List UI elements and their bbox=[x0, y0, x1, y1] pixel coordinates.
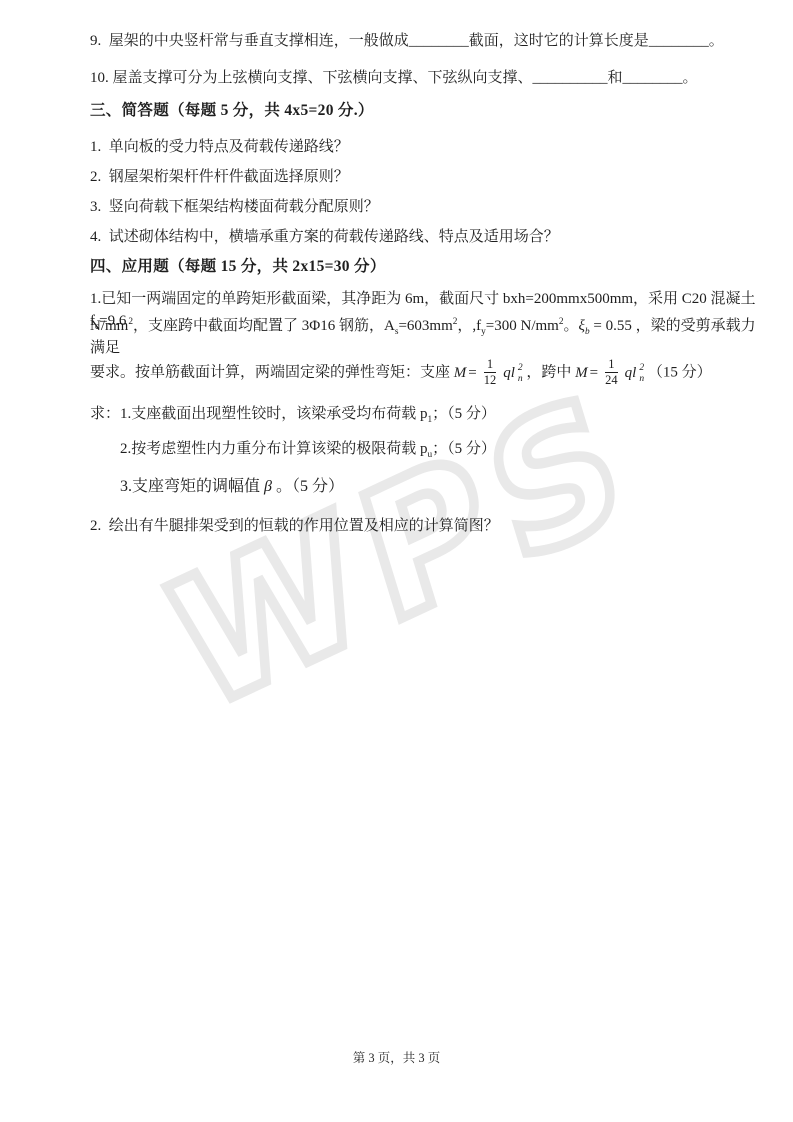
question-9: 9. 屋架的中央竖杆常与垂直支撑相连，一般做成________截面，这时它的计算… bbox=[90, 30, 762, 52]
applied-q1-formula-line: 要求。按单筋截面计算，两端固定梁的弹性弯矩：支座 M = 1 12 ql 2 n… bbox=[90, 350, 762, 394]
subscript-n: n bbox=[518, 374, 523, 385]
short-answer-item-1: 1. 单向板的受力特点及荷载传递路线？ bbox=[90, 136, 762, 158]
short-answer-item-3: 3. 竖向荷载下框架结构楼面荷载分配原则？ bbox=[90, 196, 762, 218]
fraction-1-12: 1 12 bbox=[481, 357, 500, 388]
document-page: WPS 9. 屋架的中央竖杆常与垂直支撑相连，一般做成________截面，这时… bbox=[0, 0, 793, 1122]
short-answer-item-4: 4. 试述砌体结构中，横墙承重方案的荷载传递路线、特点及适用场合？ bbox=[90, 226, 762, 248]
equals-sign: = bbox=[468, 351, 476, 395]
superscript-2: 2 bbox=[639, 363, 644, 374]
applied-q1-ask-3: 3.支座弯矩的调幅值 β 。（5 分） bbox=[120, 476, 762, 498]
midspan-moment-formula: M = 1 24 ql 2 n bbox=[575, 351, 644, 395]
formula-variable-ql: ql bbox=[625, 351, 637, 395]
short-answer-item-2: 2. 钢屋架桁架杆件杆件截面选择原则？ bbox=[90, 166, 762, 188]
equals-sign: = bbox=[590, 351, 598, 395]
fraction-denominator: 12 bbox=[481, 373, 500, 388]
fraction-numerator: 1 bbox=[605, 357, 617, 373]
fraction-denominator: 24 bbox=[602, 373, 621, 388]
applied-q2: 2. 绘出有牛腿排架受到的恒载的作用位置及相应的计算简图？ bbox=[90, 515, 762, 537]
applied-q1-ask-1: 求：1.支座截面出现塑性铰时，该梁承受均布荷载 p1；（5 分） bbox=[90, 403, 762, 425]
fraction-numerator: 1 bbox=[484, 357, 496, 373]
page-indicator: 第 3 页，共 3 页 bbox=[0, 1048, 793, 1066]
wps-watermark: WPS bbox=[156, 372, 634, 740]
fraction-1-24: 1 24 bbox=[602, 357, 621, 388]
formula-variable-m: M bbox=[454, 351, 467, 395]
formula-variable-m: M bbox=[575, 351, 588, 395]
formula-sup-sub: 2 n bbox=[639, 363, 644, 385]
formula-variable-ql: ql bbox=[503, 351, 515, 395]
formula-sup-sub: 2 n bbox=[518, 363, 523, 385]
question-10: 10. 屋盖支撑可分为上弦横向支撑、下弦横向支撑、下弦纵向支撑、________… bbox=[90, 67, 762, 89]
superscript-2: 2 bbox=[518, 363, 523, 374]
support-moment-formula: M = 1 12 ql 2 n bbox=[454, 351, 523, 395]
applied-q1-ask-2: 2.按考虑塑性内力重分布计算该梁的极限荷载 pu；（5 分） bbox=[120, 438, 762, 460]
formula-mid-text: ，跨中 bbox=[526, 365, 571, 381]
section4-heading: 四、应用题（每题 15 分，共 2x15=30 分） bbox=[90, 256, 762, 278]
section3-heading: 三、简答题（每题 5 分，共 4x5=20 分.） bbox=[90, 100, 762, 122]
formula-score: （15 分） bbox=[648, 365, 712, 381]
formula-prefix: 要求。按单筋截面计算，两端固定梁的弹性弯矩：支座 bbox=[90, 365, 450, 381]
subscript-n: n bbox=[639, 374, 644, 385]
